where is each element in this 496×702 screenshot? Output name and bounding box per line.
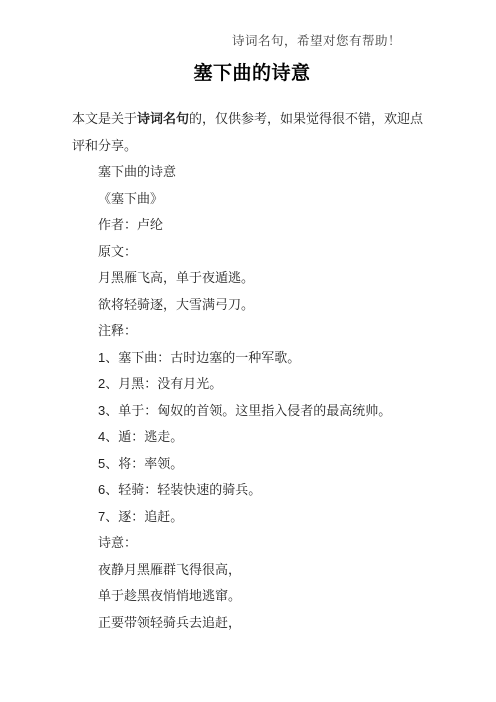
paragraph-poem-line-1: 月黑雁飞高，单于夜遁逃。 xyxy=(72,265,432,292)
paragraph-poem-line-2: 欲将轻骑逐，大雪满弓刀。 xyxy=(72,292,432,319)
paragraph-meaning-label: 诗意： xyxy=(72,530,432,557)
paragraph-note-3: 3、单于：匈奴的首领。这里指入侵者的最高统帅。 xyxy=(72,398,432,425)
paragraph-poem-title: 《塞下曲》 xyxy=(72,186,432,213)
page-header-note: 诗词名句，希望对您有帮助！ xyxy=(232,33,432,49)
paragraph-note-6: 6、轻骑：轻装快速的骑兵。 xyxy=(72,477,432,504)
document-body: 本文是关于诗词名句的，仅供参考，如果觉得很不错，欢迎点评和分享。 塞下曲的诗意 … xyxy=(72,106,432,636)
paragraph-note-4: 4、遁：逃走。 xyxy=(72,424,432,451)
intro-text-prefix: 本文是关于 xyxy=(72,111,137,126)
paragraph-original-label: 原文： xyxy=(72,239,432,266)
intro-text-bold-keyword: 诗词名句 xyxy=(137,111,189,126)
paragraph-subtitle: 塞下曲的诗意 xyxy=(72,159,432,186)
paragraph-note-2: 2、月黑：没有月光。 xyxy=(72,371,432,398)
paragraph-meaning-line-3: 正要带领轻骑兵去追赶， xyxy=(72,610,432,637)
paragraph-notes-label: 注释： xyxy=(72,318,432,345)
document-page: 诗词名句，希望对您有帮助！ 塞下曲的诗意 本文是关于诗词名句的，仅供参考，如果觉… xyxy=(0,0,496,702)
paragraph-meaning-line-2: 单于趁黑夜悄悄地逃窜。 xyxy=(72,583,432,610)
paragraph-note-7: 7、逐：追赶。 xyxy=(72,504,432,531)
page-title: 塞下曲的诗意 xyxy=(72,60,432,88)
paragraph-note-1: 1、塞下曲：古时边塞的一种军歌。 xyxy=(72,345,432,372)
intro-paragraph: 本文是关于诗词名句的，仅供参考，如果觉得很不错，欢迎点评和分享。 xyxy=(72,106,432,159)
paragraph-note-5: 5、将：率领。 xyxy=(72,451,432,478)
paragraph-meaning-line-1: 夜静月黑雁群飞得很高， xyxy=(72,557,432,584)
paragraph-author: 作者：卢纶 xyxy=(72,212,432,239)
